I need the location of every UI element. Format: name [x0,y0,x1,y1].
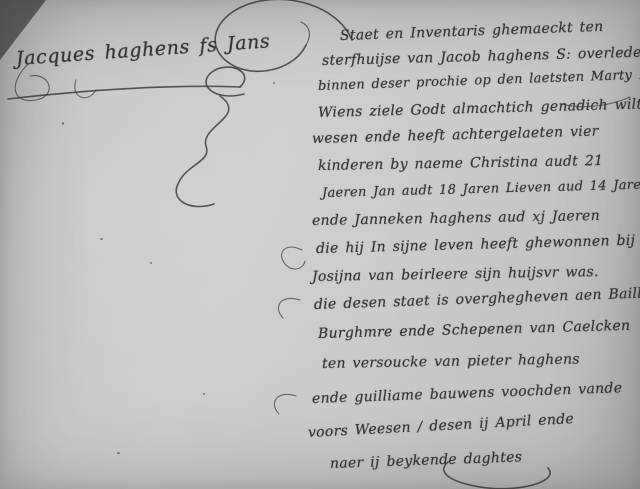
paper-speck [150,262,152,264]
manuscript-line-10: Josijna van beirleere sijn huijsvr was. [312,264,599,285]
manuscript-line-2: sterfhuijse van Jacob haghens S: overled… [322,44,640,69]
paper-speck [62,122,64,125]
paper-speck [358,300,360,302]
manuscript-line-9: die hij In sijne leven heeft ghewonnen b… [316,233,636,257]
paper-speck [117,452,120,454]
paper-speck [273,82,275,84]
manuscript-line-16: naer ij beykende daghtes [330,449,523,472]
manuscript-line-1: Staet en Inventaris ghemaeckt ten [340,19,604,44]
manuscript-line-8: ende Janneken haghens aud xj Jaeren [312,208,600,229]
manuscript-photo: Jacques haghens fs Jans Staet en Inventa… [0,0,640,489]
manuscript-line-15: voors Weesen / desen ij April ende [308,411,575,441]
manuscript-line-3: binnen deser prochie op den laetsten Mar… [318,67,640,94]
margin-signature: Jacques haghens fs Jans [15,30,271,70]
manuscript-line-11: die desen staet is overghegheven aen Bai… [314,285,640,313]
manuscript-line-6: kinderen by naeme Christina audt 21 [318,153,604,174]
manuscript-line-14: ende guilliame bauwens voochden vande [312,380,623,407]
manuscript-line-13: ten versoucke van pieter haghens [322,352,580,372]
manuscript-line-4: Wiens ziele Godt almachtich genadich wil… [318,97,640,121]
manuscript-line-5: wesen ende heeft achtergelaeten vier [312,123,599,147]
paper-speck [100,238,103,240]
manuscript-line-12: Burghmre ende Schepenen van Caelcken [318,318,631,342]
paper-speck [203,393,205,395]
manuscript-line-7: Jaeren Jan audt 18 Jaren Lieven aud 14 J… [322,177,640,201]
